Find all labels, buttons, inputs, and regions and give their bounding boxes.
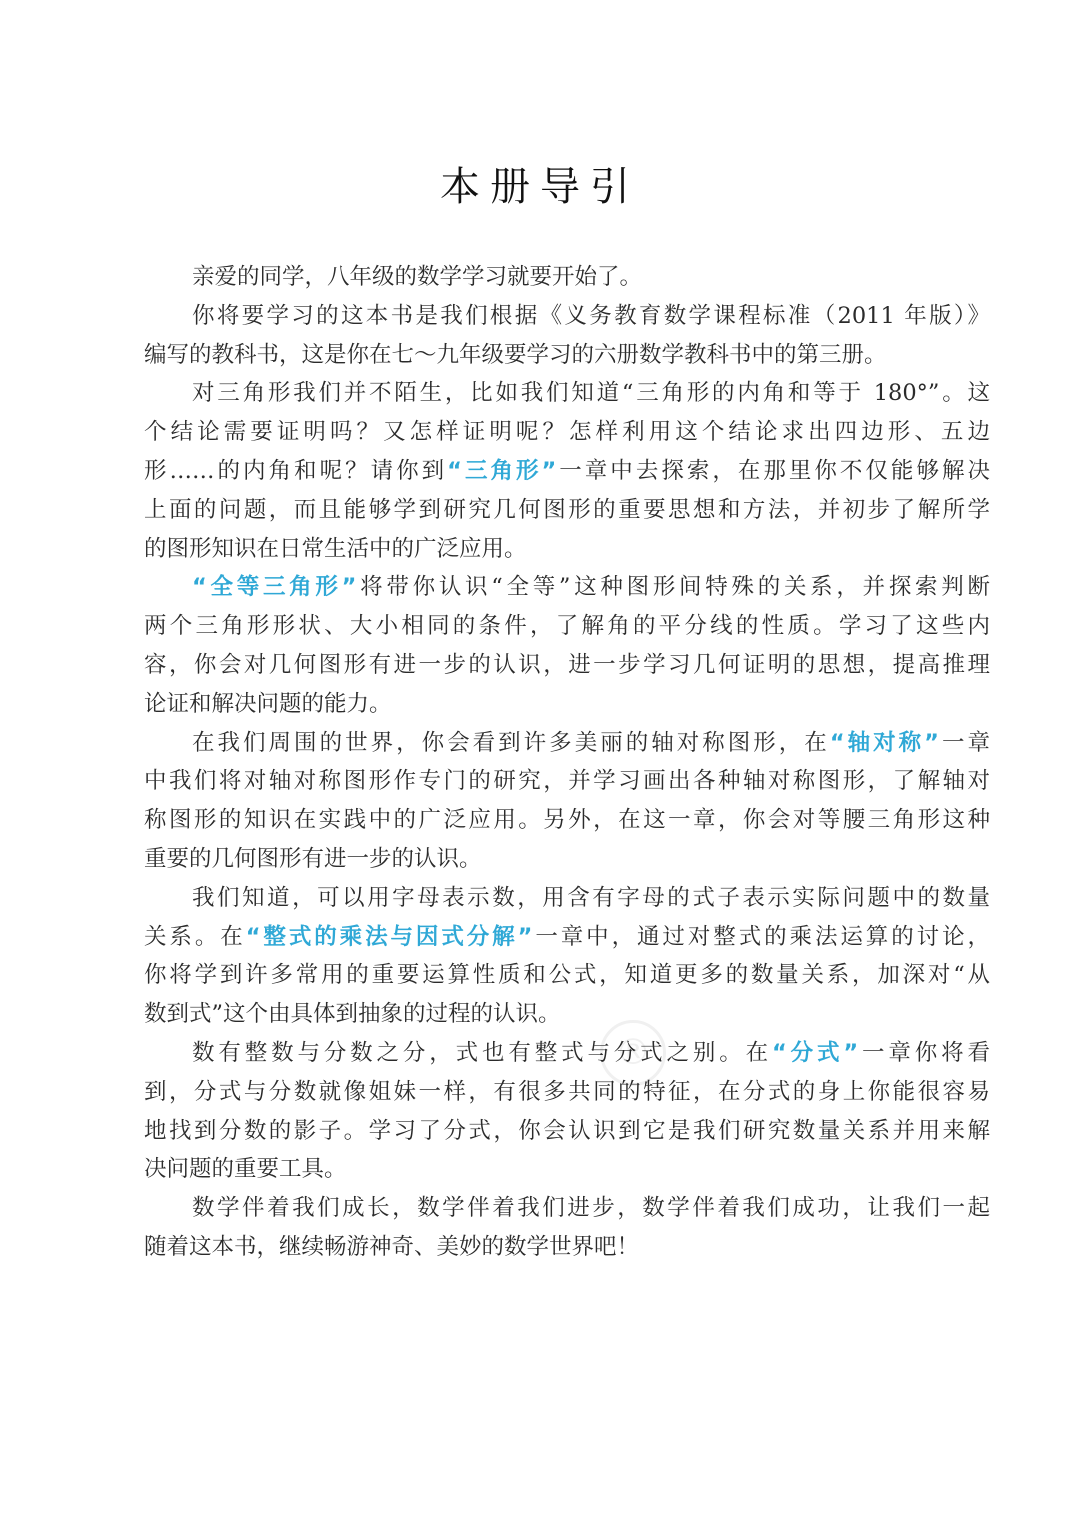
text-span: 到，分式与分数就像姐妹一样，有很多共同的特征，在分式的身上你能很容易 [144,1079,990,1105]
chapter-highlight: “分式” [772,1040,858,1066]
text-span: 对三角形我们并不陌生，比如我们知道“三角形的内角和等于 180°”。这 [192,380,990,406]
text-span: 关系。在 [144,924,246,950]
text-line: 对三角形我们并不陌生，比如我们知道“三角形的内角和等于 180°”。这 [144,374,990,413]
text-span: 亲爱的同学，八年级的数学学习就要开始了。 [192,264,642,290]
text-span: 中我们将对轴对称图形作专门的研究，并学习画出各种轴对称图形，了解轴对 [144,768,990,794]
text-span: 编写的教科书，这是你在七～九年级要学习的六册数学教科书中的第三册。 [144,342,887,368]
text-line: 编写的教科书，这是你在七～九年级要学习的六册数学教科书中的第三册。 [144,336,990,375]
text-line: “全等三角形”将带你认识“全等”这种图形间特殊的关系，并探索判断 [144,568,990,607]
preface-body: 亲爱的同学，八年级的数学学习就要开始了。你将要学习的这本书是我们根据《义务教育数… [144,258,990,1267]
text-span: 决问题的重要工具。 [144,1156,347,1182]
chapter-highlight: “三角形” [447,458,556,484]
text-span: 数学伴着我们成长，数学伴着我们进步，数学伴着我们成功，让我们一起 [192,1195,990,1221]
text-span: 两个三角形形状、大小相同的条件，了解角的平分线的性质。学习了这些内 [144,613,990,639]
text-span: 个结论需要证明吗？又怎样证明呢？怎样利用这个结论求出四边形、五边 [144,419,990,445]
text-line: 关系。在“整式的乘法与因式分解”一章中，通过对整式的乘法运算的讨论， [144,918,990,957]
text-line: 形……的内角和呢？请你到“三角形”一章中去探索，在那里你不仅能够解决 [144,452,990,491]
text-span: 一章 [939,730,990,756]
text-span: 形……的内角和呢？请你到 [144,458,447,484]
text-line: 数有整数与分数之分，式也有整式与分式之别。在“分式”一章你将看 [144,1034,990,1073]
text-line: 在我们周围的世界，你会看到许多美丽的轴对称图形，在“轴对称”一章 [144,724,990,763]
text-line: 容，你会对几何图形有进一步的认识，进一步学习几何证明的思想，提高推理 [144,646,990,685]
text-span: 一章中，通过对整式的乘法运算的讨论， [532,924,990,950]
chapter-highlight: “全等三角形” [192,574,356,600]
text-span: 一章你将看 [858,1040,990,1066]
text-span: 将带你认识“全等”这种图形间特殊的关系，并探索判断 [356,574,990,600]
text-line: 重要的几何图形有进一步的认识。 [144,840,990,879]
text-span: 论证和解决问题的能力。 [144,691,392,717]
page-title: 本册导引 [0,155,1080,212]
chapter-highlight: “轴对称” [830,730,939,756]
text-line: 上面的问题，而且能够学到研究几何图形的重要思想和方法，并初步了解所学 [144,491,990,530]
text-span: 重要的几何图形有进一步的认识。 [144,846,482,872]
text-line: 你将学到许多常用的重要运算性质和公式，知道更多的数量关系，加深对“从 [144,956,990,995]
text-span: 称图形的知识在实践中的广泛应用。另外，在这一章，你会对等腰三角形这种 [144,807,990,833]
text-line: 数学伴着我们成长，数学伴着我们进步，数学伴着我们成功，让我们一起 [144,1189,990,1228]
text-line: 个结论需要证明吗？又怎样证明呢？怎样利用这个结论求出四边形、五边 [144,413,990,452]
text-line: 中我们将对轴对称图形作专门的研究，并学习画出各种轴对称图形，了解轴对 [144,762,990,801]
text-span: 随着这本书，继续畅游神奇、美妙的数学世界吧！ [144,1234,639,1260]
text-line: 论证和解决问题的能力。 [144,685,990,724]
text-line: 随着这本书，继续畅游神奇、美妙的数学世界吧！ [144,1228,990,1267]
text-span: 的图形知识在日常生活中的广泛应用。 [144,536,527,562]
text-span: 一章中去探索，在那里你不仅能够解决 [556,458,990,484]
text-line: 你将要学习的这本书是我们根据《义务教育数学课程标准（2011 年版）》 [144,297,990,336]
text-line: 决问题的重要工具。 [144,1150,990,1189]
text-span: 你将学到许多常用的重要运算性质和公式，知道更多的数量关系，加深对“从 [144,962,990,988]
text-span: 我们知道，可以用字母表示数，用含有字母的式子表示实际问题中的数量 [192,885,990,911]
text-line: 数到式”这个由具体到抽象的过程的认识。 [144,995,990,1034]
text-span: 数有整数与分数之分，式也有整式与分式之别。在 [192,1040,772,1066]
text-span: 上面的问题，而且能够学到研究几何图形的重要思想和方法，并初步了解所学 [144,497,990,523]
text-line: 称图形的知识在实践中的广泛应用。另外，在这一章，你会对等腰三角形这种 [144,801,990,840]
text-line: 我们知道，可以用字母表示数，用含有字母的式子表示实际问题中的数量 [144,879,990,918]
chapter-highlight: “整式的乘法与因式分解” [246,924,533,950]
text-span: 地找到分数的影子。学习了分式，你会认识到它是我们研究数量关系并用来解 [144,1118,990,1144]
text-span: 容，你会对几何图形有进一步的认识，进一步学习几何证明的思想，提高推理 [144,652,990,678]
text-span: 在我们周围的世界，你会看到许多美丽的轴对称图形，在 [192,730,830,756]
text-line: 亲爱的同学，八年级的数学学习就要开始了。 [144,258,990,297]
text-line: 两个三角形形状、大小相同的条件，了解角的平分线的性质。学习了这些内 [144,607,990,646]
text-line: 地找到分数的影子。学习了分式，你会认识到它是我们研究数量关系并用来解 [144,1112,990,1151]
text-span: 数到式”这个由具体到抽象的过程的认识。 [144,1001,561,1027]
text-line: 的图形知识在日常生活中的广泛应用。 [144,530,990,569]
text-line: 到，分式与分数就像姐妹一样，有很多共同的特征，在分式的身上你能很容易 [144,1073,990,1112]
text-span: 你将要学习的这本书是我们根据《义务教育数学课程标准（2011 年版）》 [192,303,990,329]
